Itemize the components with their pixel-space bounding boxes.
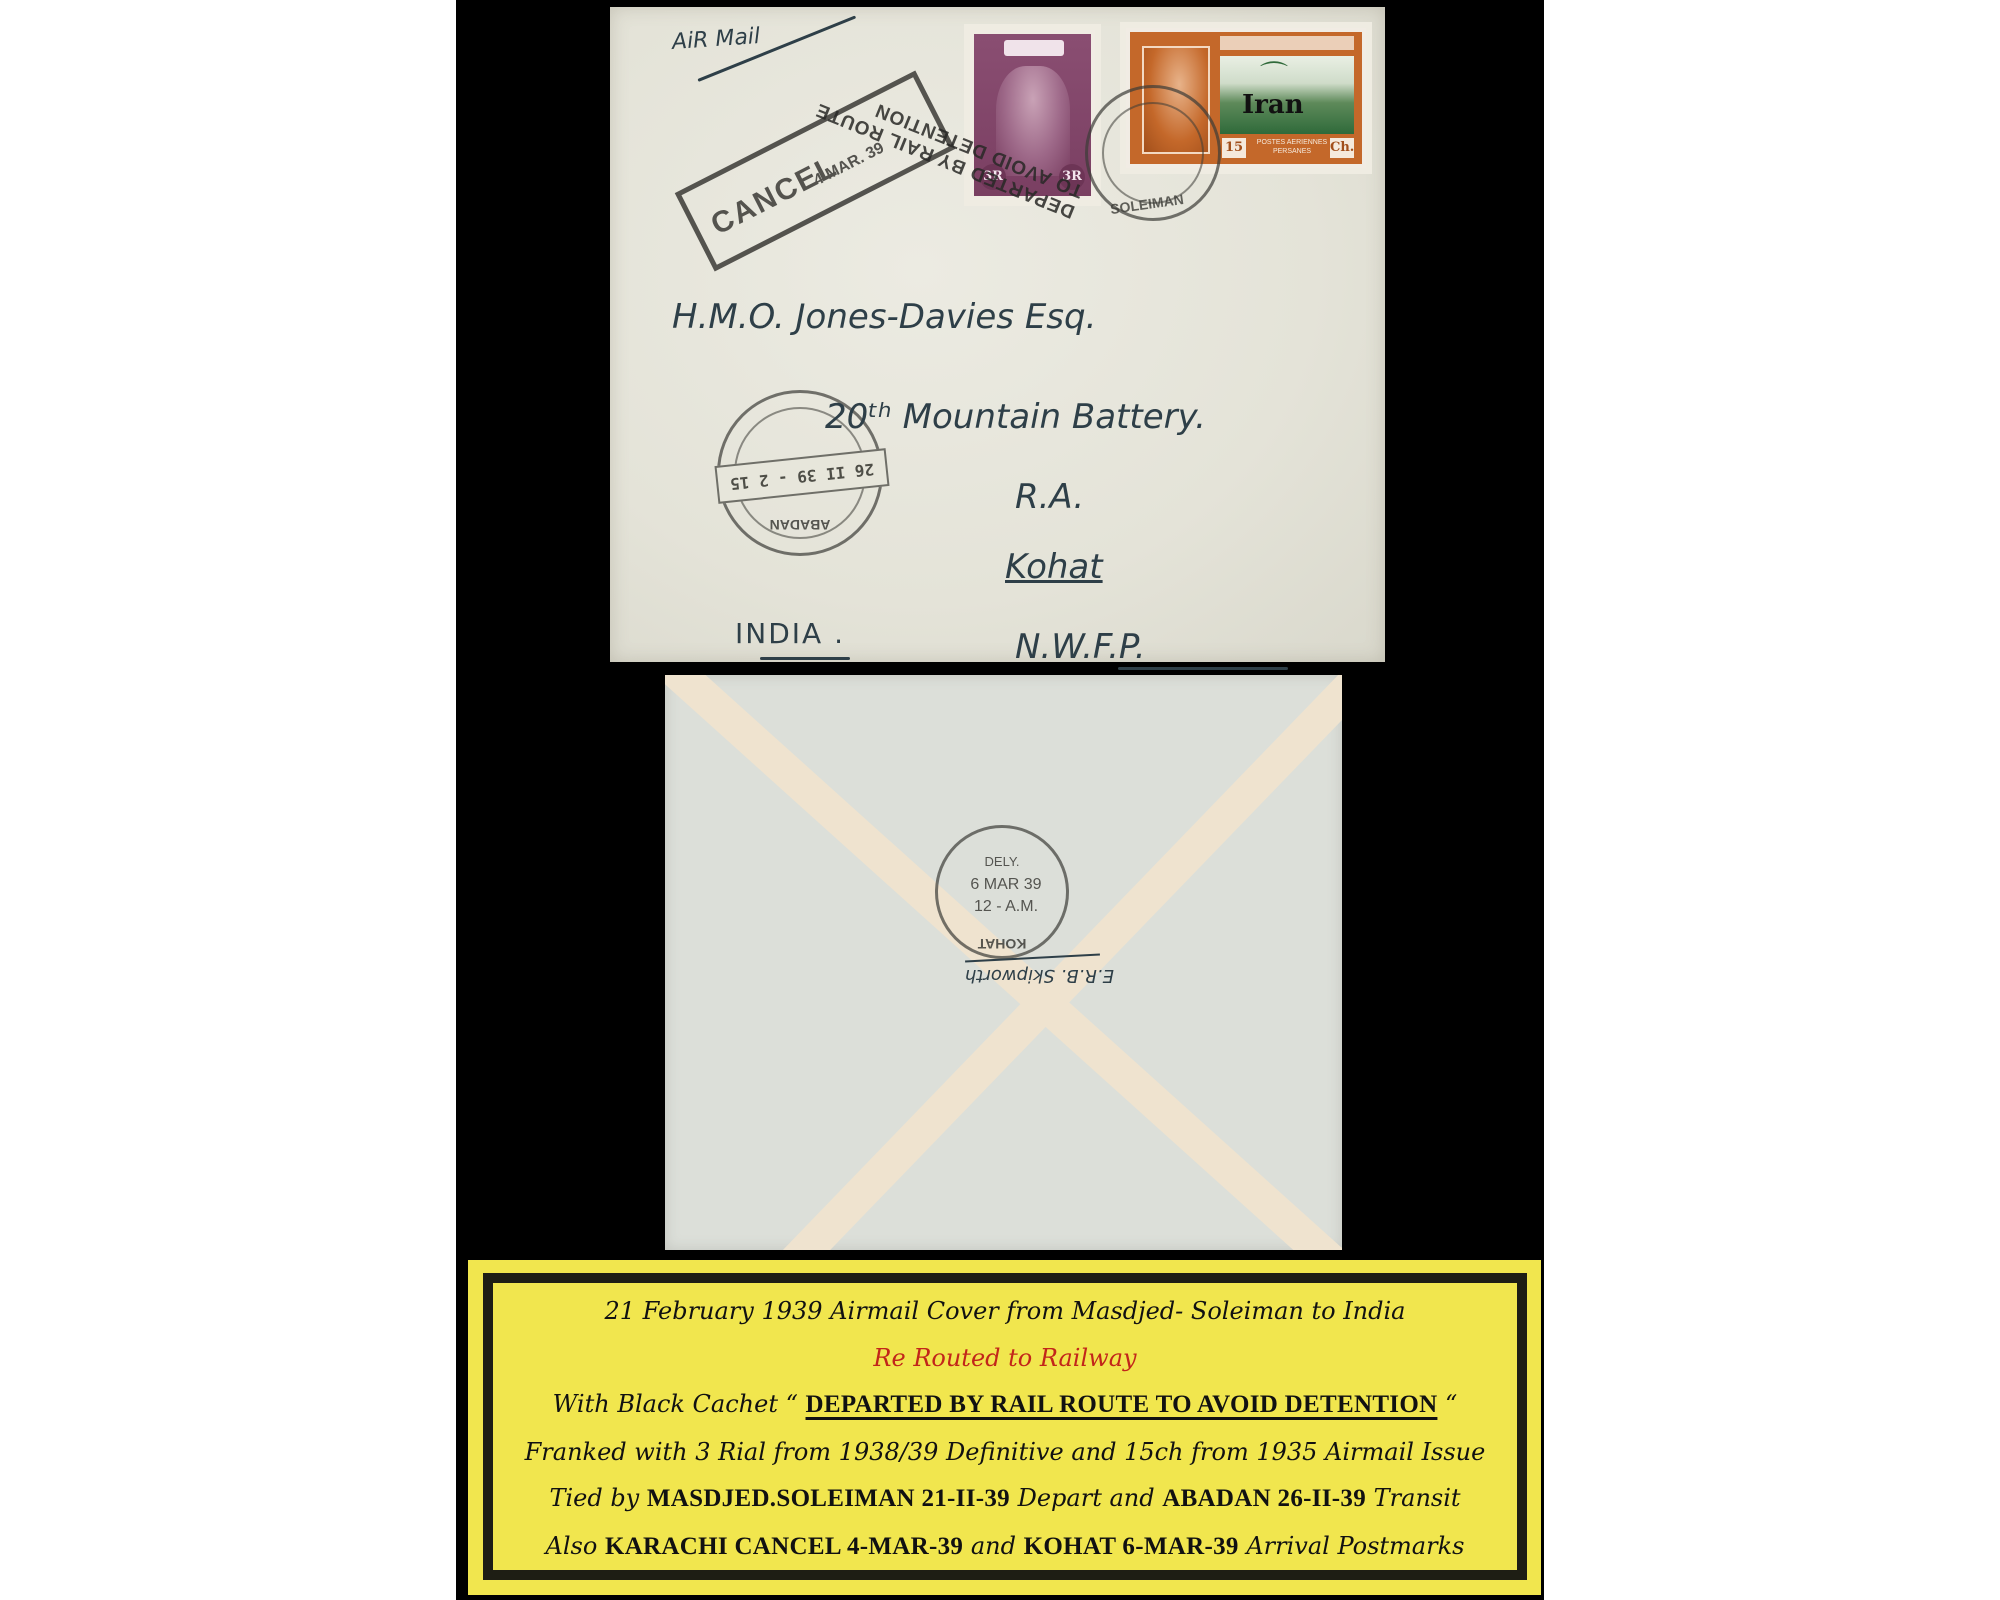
postmark-city: KOHAT bbox=[938, 936, 1066, 952]
caption-cachet-line: With Black Cachet “ DEPARTED BY RAIL ROU… bbox=[553, 1390, 1458, 1419]
sender-signature: E.R.B. Skipworth bbox=[965, 965, 1114, 986]
postmark-label: ABADAN bbox=[720, 517, 880, 533]
cachet-text: DEPARTED BY RAIL ROUTE TO AVOID DETENTIO… bbox=[806, 1391, 1438, 1418]
caption-arrival-line: Also KARACHI CANCEL 4-MAR-39 and KOHAT 6… bbox=[546, 1532, 1465, 1561]
postmark-date: 6 MAR 39 bbox=[946, 876, 1066, 894]
cover-back: DELY. 6 MAR 39 12 - A.M. KOHAT E.R.B. Sk… bbox=[665, 675, 1342, 1250]
address-country: INDIA . bbox=[735, 617, 845, 650]
iran-overprint: Iran bbox=[1242, 90, 1304, 120]
kohat-arrival-postmark: DELY. 6 MAR 39 12 - A.M. KOHAT bbox=[935, 825, 1069, 959]
country-underline bbox=[760, 657, 850, 660]
cover-front: AiR Mail CANCEL 4 MAR. 39 3R 3R ⌒ Iran 1… bbox=[610, 7, 1385, 662]
postmark-delivery: DELY. bbox=[938, 854, 1066, 869]
postmark-label: SOLEIMAN bbox=[1109, 191, 1184, 217]
caption-franking-line: Franked with 3 Rial from 1938/39 Definit… bbox=[525, 1438, 1486, 1466]
eagle-icon: ⌒ bbox=[1260, 62, 1288, 90]
province-underline bbox=[1118, 667, 1288, 670]
masjed-soleiman-postmark: SOLEIMAN bbox=[1085, 85, 1221, 221]
caption-subtitle: Re Routed to Railway bbox=[873, 1344, 1136, 1372]
stamp-header-panel bbox=[1004, 40, 1064, 56]
karachi-cancel-text: CANCEL bbox=[706, 150, 844, 242]
stamp-unit: Ch. bbox=[1330, 138, 1354, 158]
caption-panel: 21 February 1939 Airmail Cover from Masd… bbox=[468, 1260, 1541, 1595]
address-unit: 20ᵗʰ Mountain Battery. bbox=[825, 397, 1206, 437]
caption-title: 21 February 1939 Airmail Cover from Masd… bbox=[605, 1297, 1406, 1325]
envelope-flap-seam bbox=[750, 675, 1342, 1250]
envelope-flap-seam bbox=[665, 675, 1342, 1250]
address-regiment: R.A. bbox=[1015, 477, 1084, 517]
caption-tied-line: Tied by MASDJED.SOLEIMAN 21-II-39 Depart… bbox=[549, 1484, 1460, 1513]
stamp-legend: POSTES AERIENNES PERSANES bbox=[1252, 138, 1332, 158]
stamp-value: 15 bbox=[1222, 138, 1246, 158]
postmark-time: 12 - A.M. bbox=[946, 898, 1066, 916]
address-province: N.W.F.P. bbox=[1015, 627, 1146, 667]
karachi-cancel-cachet: CANCEL 4 MAR. 39 bbox=[675, 71, 956, 272]
landscape-vignette: ⌒ Iran bbox=[1220, 56, 1354, 134]
address-name: H.M.O. Jones-Davies Esq. bbox=[672, 297, 1096, 337]
air-mail-label: AiR Mail bbox=[671, 24, 761, 55]
address-town: Kohat bbox=[1005, 547, 1103, 587]
stamp-top-inscription bbox=[1220, 36, 1354, 50]
